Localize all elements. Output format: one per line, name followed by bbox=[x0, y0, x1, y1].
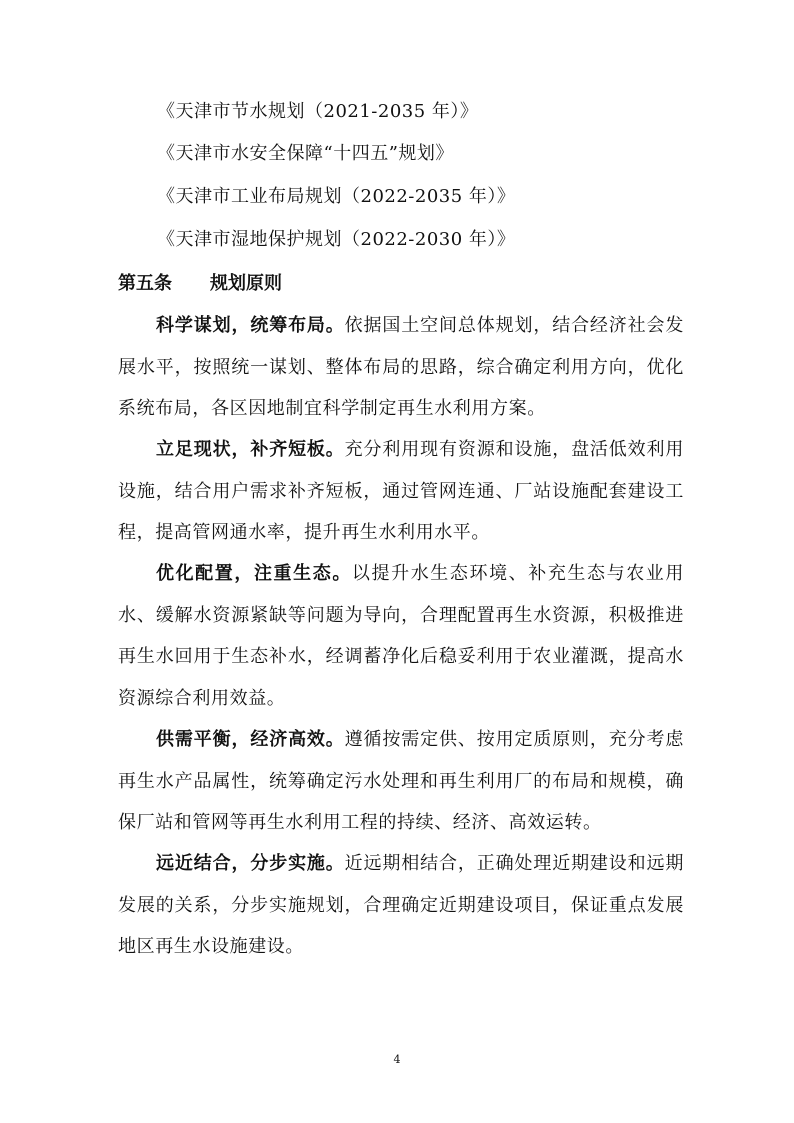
article-number: 第五条 bbox=[118, 273, 172, 294]
reference-item: 《天津市工业布局规划（2022-2035 年）》 bbox=[157, 186, 515, 208]
principle-paragraph: 供需平衡，经济高效。遵循按需定供、按用定质原则，充分考虑再生水产品属性，统筹确定… bbox=[118, 719, 684, 844]
principle-paragraph: 科学谋划，统筹布局。依据国土空间总体规划，结合经济社会发展水平，按照统一谋划、整… bbox=[118, 305, 684, 430]
principle-paragraph: 优化配置，注重生态。以提升水生态环境、补充生态与农业用水、缓解水资源紧缺等问题为… bbox=[118, 553, 684, 719]
principle-text: 以提升水生态环境、补充生态与农业用水、缓解水资源紧缺等问题为导向，合理配置再生水… bbox=[118, 563, 684, 709]
principle-paragraph: 立足现状，补齐短板。充分利用现有资源和设施，盘活低效利用设施，结合用户需求补齐短… bbox=[118, 429, 684, 554]
principle-lead: 科学谋划，统筹布局。 bbox=[156, 315, 345, 336]
principle-lead: 远近结合，分步实施。 bbox=[156, 853, 345, 874]
article-heading: 第五条规划原则 bbox=[118, 273, 282, 295]
reference-item: 《天津市水安全保障“十四五”规划》 bbox=[157, 143, 454, 165]
reference-item: 《天津市节水规划（2021-2035 年）》 bbox=[157, 101, 478, 123]
document-page: 《天津市节水规划（2021-2035 年）》 《天津市水安全保障“十四五”规划》… bbox=[0, 0, 794, 1123]
principle-lead: 供需平衡，经济高效。 bbox=[156, 729, 345, 750]
principle-lead: 立足现状，补齐短板。 bbox=[156, 439, 345, 460]
principle-lead: 优化配置，注重生态。 bbox=[156, 563, 352, 584]
page-number: 4 bbox=[0, 1053, 794, 1066]
reference-item: 《天津市湿地保护规划（2022-2030 年）》 bbox=[157, 229, 515, 251]
article-title: 规划原则 bbox=[210, 273, 282, 294]
principle-paragraph: 远近结合，分步实施。近远期相结合，正确处理近期建设和远期发展的关系，分步实施规划… bbox=[118, 843, 684, 968]
